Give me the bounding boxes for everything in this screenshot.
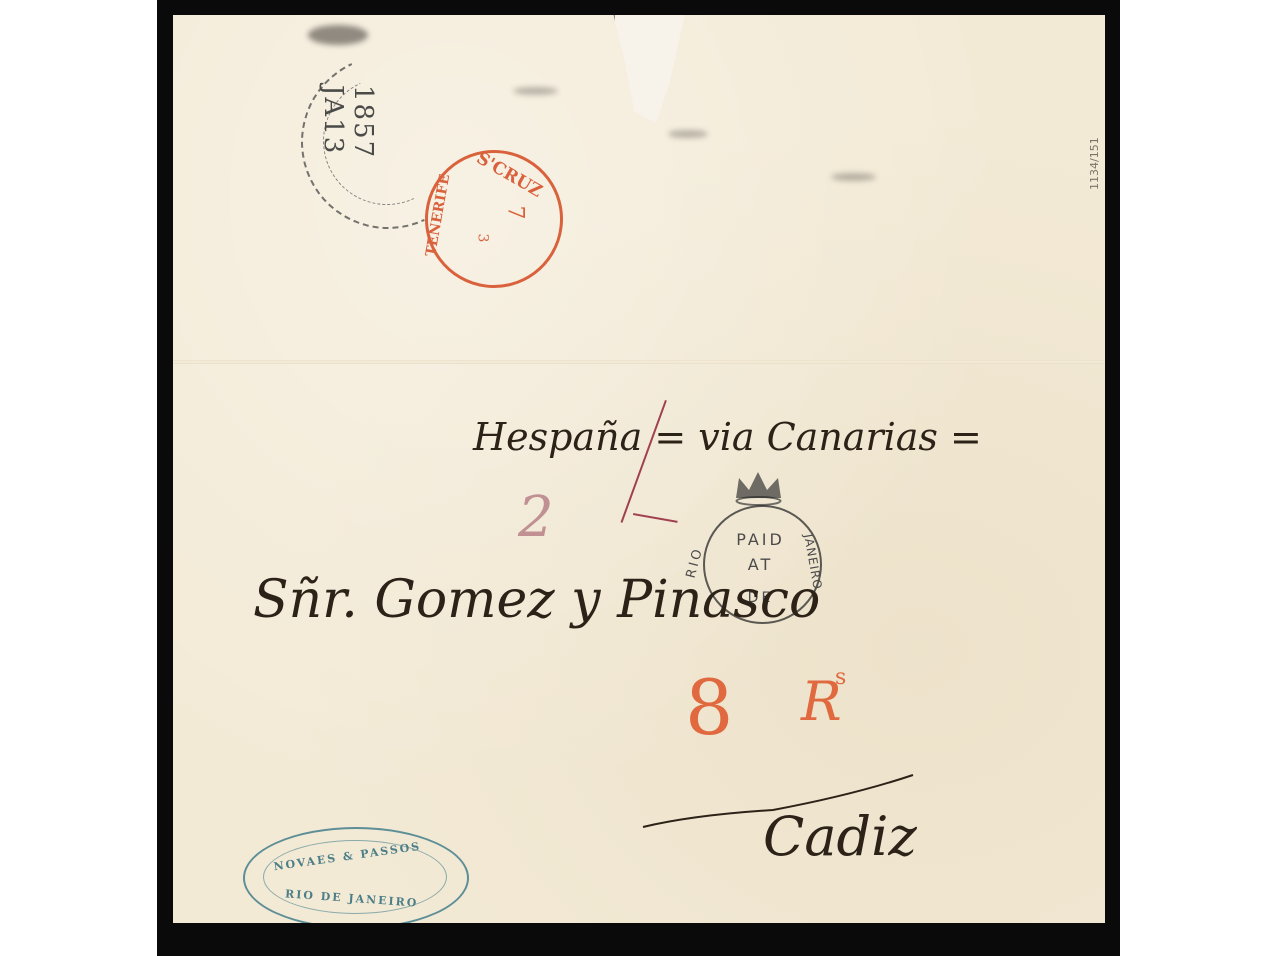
letter-sheet: JA13 1857 S'CRUZ TENERIFE 7 3 Hespaña = …	[173, 15, 1105, 923]
destination-flourish	[173, 15, 1105, 923]
manuscript-destination: Cadiz	[763, 805, 917, 868]
pencil-margin-note: 1134/151	[1088, 137, 1101, 190]
